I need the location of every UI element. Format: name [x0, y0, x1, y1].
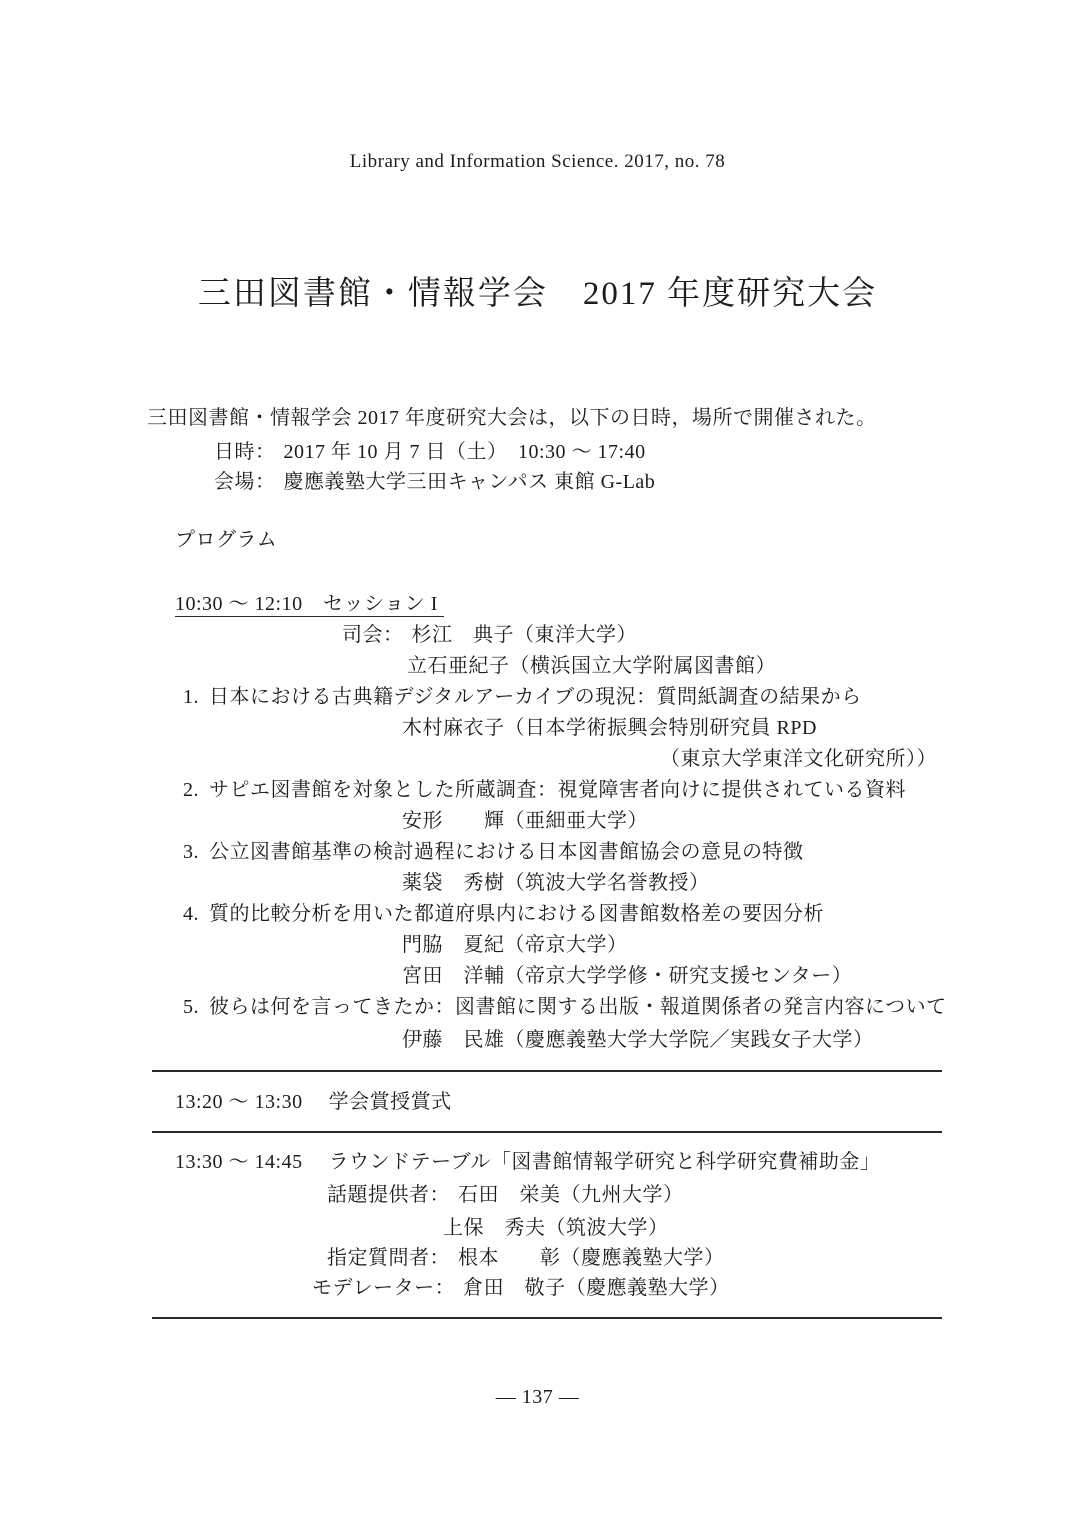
- item-2-row: 2.サピエ図書館を対象とした所蔵調査：視覚障害者向けに提供されている資料: [183, 776, 906, 804]
- chair1-name: 杉江 典子（東洋大学）: [412, 624, 638, 646]
- item-2-presenter: 安形 輝（亜細亜大学）: [402, 807, 648, 835]
- moderator-label: モデレーター：: [312, 1277, 455, 1299]
- item-1-number: 1.: [183, 683, 209, 711]
- award-title: 学会賞授賞式: [329, 1091, 452, 1113]
- document-page: Library and Information Science. 2017, n…: [0, 0, 1075, 1518]
- award-row: 13:20 ～ 13:30学会賞授賞式: [175, 1088, 452, 1116]
- speaker1-name: 石田 栄美（九州大学）: [458, 1184, 684, 1206]
- roundtable-title: ラウンドテーブル「図書館情報学研究と科学研究費補助金」: [329, 1151, 881, 1173]
- item-2-number: 2.: [183, 776, 209, 804]
- item-4-presenter: 門脇 夏紀（帝京大学）: [402, 931, 628, 959]
- item-3-presenter: 薬袋 秀樹（筑波大学名誉教授）: [402, 869, 710, 897]
- item-5-title: 彼らは何を言ってきたか：図書館に関する出版・報道関係者の発言内容について: [209, 996, 947, 1018]
- speaker2-name: 上保 秀夫（筑波大学）: [443, 1214, 669, 1242]
- discussant-name: 根本 彰（慶應義塾大学）: [458, 1247, 725, 1269]
- discussant-label: 指定質問者：: [327, 1247, 450, 1269]
- item-3-number: 3.: [183, 838, 209, 866]
- item-4-number: 4.: [183, 900, 209, 928]
- moderator-name: 倉田 敬子（慶應義塾大学）: [463, 1277, 730, 1299]
- venue-label: 会場：: [214, 471, 276, 493]
- item-5-number: 5.: [183, 993, 209, 1021]
- item-1-row: 1.日本における古典籍デジタルアーカイブの現況：質問紙調査の結果から: [183, 683, 862, 711]
- chair-label: 司会：: [342, 624, 404, 646]
- item-1-presenter: 木村麻衣子（日本学術振興会特別研究員 RPD: [402, 714, 817, 742]
- item-4-row: 4.質的比較分析を用いた都道府県内における図書館数格差の要因分析: [183, 900, 824, 928]
- separator-rule-1: [152, 1070, 942, 1072]
- speakers-row: 話題提供者：石田 栄美（九州大学）: [327, 1181, 684, 1209]
- program-heading: プログラム: [175, 526, 277, 554]
- datetime-value: 2017 年 10 月 7 日（土） 10:30 ～ 17:40: [284, 441, 646, 463]
- item-4-presenter2: 宮田 洋輔（帝京大学学修・研究支援センター）: [402, 962, 852, 990]
- item-1-presenter-note: （東京大学東洋文化研究所））: [660, 745, 937, 773]
- item-5-presenter: 伊藤 民雄（慶應義塾大学大学院／実践女子大学）: [402, 1026, 874, 1054]
- award-time: 13:20 ～ 13:30: [175, 1088, 303, 1116]
- chair2-name: 立石亜紀子（横浜国立大学附属図書館）: [407, 652, 776, 680]
- session1-time-heading: 10:30 ～ 12:10 セッション I: [175, 593, 444, 617]
- roundtable-row: 13:30 ～ 14:45ラウンドテーブル「図書館情報学研究と科学研究費補助金」: [175, 1148, 880, 1176]
- datetime-label: 日時：: [214, 441, 276, 463]
- venue-row: 会場：慶應義塾大学三田キャンパス 東館 G-Lab: [214, 468, 655, 496]
- separator-rule-2: [152, 1131, 942, 1133]
- journal-header: Library and Information Science. 2017, n…: [0, 148, 1075, 176]
- venue-value: 慶應義塾大学三田キャンパス 東館 G-Lab: [284, 471, 656, 493]
- item-1-title: 日本における古典籍デジタルアーカイブの現況：質問紙調査の結果から: [209, 686, 862, 708]
- separator-rule-3: [152, 1317, 942, 1319]
- intro-sentence: 三田図書館・情報学会 2017 年度研究大会は，以下の日時，場所で開催された。: [147, 404, 877, 432]
- chair-row: 司会：杉江 典子（東洋大学）: [342, 621, 637, 649]
- roundtable-time: 13:30 ～ 14:45: [175, 1148, 303, 1176]
- discussant-row: 指定質問者：根本 彰（慶應義塾大学）: [327, 1244, 725, 1272]
- session1-heading-row: 10:30 ～ 12:10 セッション I: [175, 590, 444, 618]
- page-number: — 137 —: [0, 1383, 1075, 1411]
- item-5-row: 5.彼らは何を言ってきたか：図書館に関する出版・報道関係者の発言内容について: [183, 993, 947, 1021]
- item-2-title: サピエ図書館を対象とした所蔵調査：視覚障害者向けに提供されている資料: [209, 779, 906, 801]
- datetime-row: 日時：2017 年 10 月 7 日（土） 10:30 ～ 17:40: [214, 438, 646, 466]
- moderator-row: モデレーター：倉田 敬子（慶應義塾大学）: [312, 1274, 730, 1302]
- item-4-title: 質的比較分析を用いた都道府県内における図書館数格差の要因分析: [209, 903, 824, 925]
- item-3-row: 3.公立図書館基準の検討過程における日本図書館協会の意見の特徴: [183, 838, 804, 866]
- item-3-title: 公立図書館基準の検討過程における日本図書館協会の意見の特徴: [209, 841, 804, 863]
- speakers-label: 話題提供者：: [327, 1184, 450, 1206]
- page-title: 三田図書館・情報学会 2017 年度研究大会: [0, 272, 1075, 316]
